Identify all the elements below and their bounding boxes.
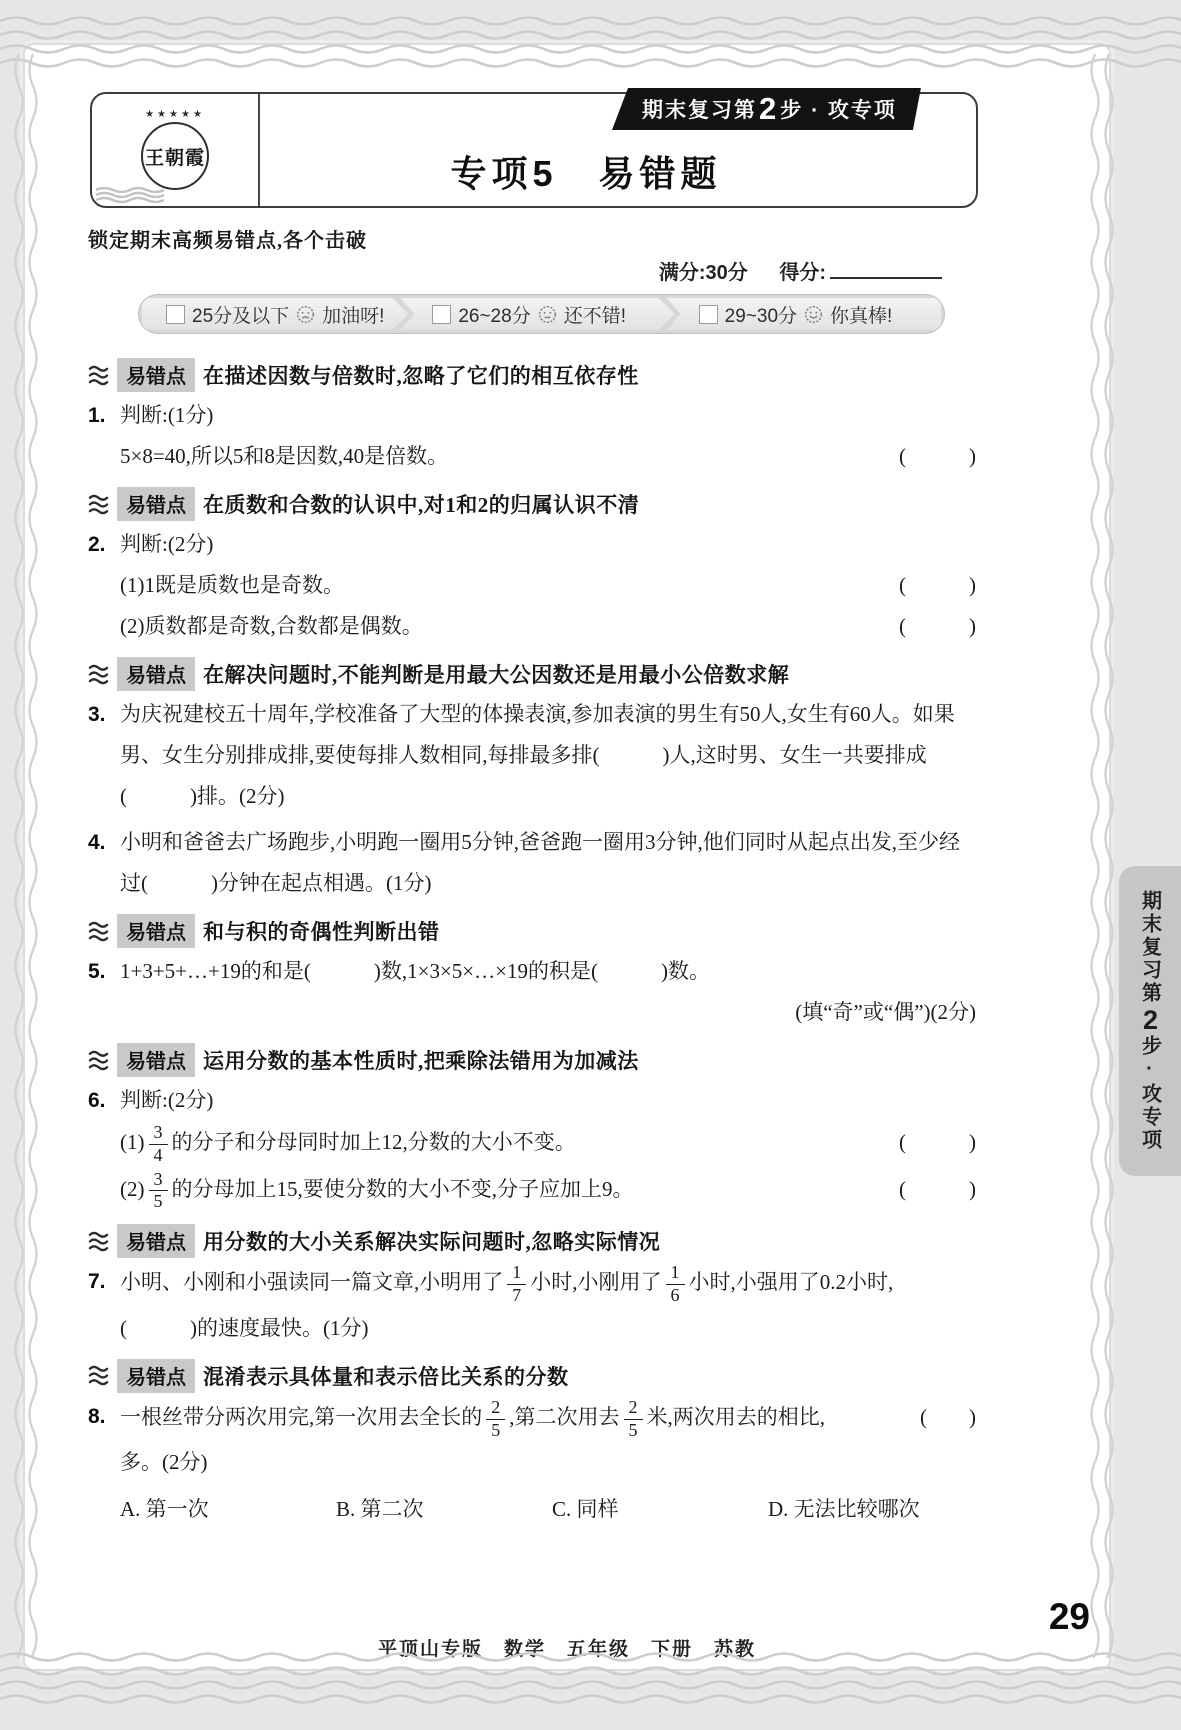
- question: 1.判断:(1分)5×8=40,所以5和8是因数,40是倍数。( ): [88, 395, 976, 477]
- question-line: ( )的速度最快。(1分): [120, 1308, 976, 1349]
- waves-icon: [88, 920, 109, 943]
- answer-blank[interactable]: ( ): [899, 1122, 976, 1163]
- text-run: (1): [120, 1130, 145, 1154]
- fraction-denominator: 7: [507, 1285, 526, 1306]
- answer-blank[interactable]: ( ): [899, 436, 976, 477]
- question: 5.1+3+5+…+19的和是( )数,1×3×5×…×19的积是( )数。(填…: [88, 951, 976, 1033]
- question-text: 多。(2分): [120, 1450, 208, 1474]
- question-text: ( )的速度最快。(1分): [120, 1316, 368, 1340]
- question-text: 为庆祝建校五十周年,学校准备了大型的体操表演,参加表演的男生有50人,女生有60…: [120, 702, 955, 808]
- fraction: 35: [149, 1170, 168, 1213]
- score-checkbox[interactable]: [432, 305, 451, 324]
- question-text: (1)1既是质数也是奇数。: [120, 565, 887, 606]
- score-comment: 加油呀!: [322, 301, 384, 328]
- error-point-row: 易错点混淆表示具体量和表示倍比关系的分数: [88, 1359, 976, 1393]
- text-run: 米,两次用去的相比,: [647, 1405, 826, 1429]
- error-point-desc: 运用分数的基本性质时,把乘除法错用为加减法: [203, 1045, 639, 1075]
- error-point-badge: 易错点: [117, 1043, 195, 1077]
- answer-blank[interactable]: ( ): [899, 1169, 976, 1210]
- answer-blank[interactable]: ( ): [899, 606, 976, 647]
- question-number: 3.: [88, 694, 120, 817]
- error-point-desc: 用分数的大小关系解决实际问题时,忽略实际情况: [203, 1226, 660, 1256]
- banner-suffix: 步 · 攻专项: [780, 94, 897, 124]
- question-line: 一根丝带分两次用完,第一次用去全长的25,第二次用去25米,两次用去的相比,( …: [120, 1396, 976, 1443]
- question-line: (2)35的分母加上15,要使分数的大小不变,分子应加上9。( ): [120, 1168, 976, 1215]
- question-line: (1)1既是质数也是奇数。( ): [120, 565, 976, 606]
- text-run: ( )的速度最快。(1分): [120, 1316, 368, 1340]
- question: 7.小明、小刚和小强读同一篇文章,小明用了17小时,小刚用了16小时,小强用了0…: [88, 1261, 976, 1349]
- text-run: 小时,小刚用了: [530, 1270, 661, 1294]
- text-run: 5×8=40,所以5和8是因数,40是倍数。: [120, 444, 448, 468]
- error-point-row: 易错点和与积的奇偶性判断出错: [88, 914, 976, 948]
- question-number: 6.: [88, 1080, 120, 1214]
- fraction: 34: [149, 1123, 168, 1166]
- error-point-desc: 在质数和合数的认识中,对1和2的归属认识不清: [203, 489, 639, 519]
- error-point-desc: 和与积的奇偶性判断出错: [203, 916, 440, 946]
- waves-icon: [88, 663, 109, 686]
- logo-name: 王朝霞: [145, 143, 205, 170]
- full-score-label: 满分:30分: [659, 262, 748, 284]
- header-box: ★★★★★ 王朝霞 期末复习第2步 · 攻专项 专项5 易错题: [90, 92, 978, 208]
- question-text: (1)34的分子和分母同时加上12,分数的大小不变。: [120, 1121, 887, 1168]
- step-banner: 期末复习第2步 · 攻专项: [612, 88, 921, 130]
- option-b[interactable]: B. 第二次: [336, 1489, 552, 1530]
- fraction-numerator: 3: [149, 1123, 168, 1145]
- page-title: 专项5 易错题: [260, 146, 976, 197]
- option-d[interactable]: D. 无法比较哪次: [768, 1489, 920, 1530]
- side-tab-prefix: 期末复习第: [1136, 890, 1165, 1005]
- score-checkbox[interactable]: [699, 305, 718, 324]
- fraction: 16: [666, 1263, 685, 1306]
- question-number: 2.: [88, 524, 120, 647]
- fraction-numerator: 3: [149, 1170, 168, 1192]
- text-run: 为庆祝建校五十周年,学校准备了大型的体操表演,参加表演的男生有50人,女生有60…: [120, 702, 955, 808]
- score-comment: 你真棒!: [830, 301, 892, 328]
- error-point-desc: 在描述因数与倍数时,忽略了它们的相互依存性: [203, 360, 639, 390]
- fraction-numerator: 2: [486, 1398, 505, 1420]
- question-text: 1+3+5+…+19的和是( )数,1×3×5×…×19的积是( )数。: [120, 959, 710, 983]
- text-run: ,第二次用去: [509, 1405, 619, 1429]
- question-line: (填“奇”或“偶”)(2分): [120, 992, 976, 1033]
- question-text: (填“奇”或“偶”)(2分): [795, 1000, 976, 1024]
- question-text: (2)35的分母加上15,要使分数的大小不变,分子应加上9。: [120, 1168, 887, 1215]
- text-run: 判断:(2分): [120, 532, 213, 556]
- question-body: 1+3+5+…+19的和是( )数,1×3×5×…×19的积是( )数。(填“奇…: [120, 951, 976, 1033]
- waves-icon: [88, 1364, 109, 1387]
- question: 8.一根丝带分两次用完,第一次用去全长的25,第二次用去25米,两次用去的相比,…: [88, 1396, 976, 1531]
- side-tab-suffix: 步·攻专项: [1136, 1035, 1165, 1152]
- waves-icon: [88, 364, 109, 387]
- question-body: 为庆祝建校五十周年,学校准备了大型的体操表演,参加表演的男生有50人,女生有60…: [120, 694, 976, 817]
- logo-waves-icon: [94, 187, 164, 203]
- error-point-badge: 易错点: [117, 358, 195, 392]
- question-number: 8.: [88, 1396, 120, 1531]
- score-label: 得分:: [779, 262, 826, 284]
- text-run: 小明、小刚和小强读同一篇文章,小明用了: [120, 1270, 503, 1294]
- fraction-denominator: 6: [666, 1285, 685, 1306]
- question-line: 多。(2分): [120, 1442, 976, 1483]
- waves-icon: [88, 1230, 109, 1253]
- error-point-row: 易错点用分数的大小关系解决实际问题时,忽略实际情况: [88, 1224, 976, 1258]
- question-line: 判断:(2分): [120, 1080, 976, 1121]
- question-text: 5×8=40,所以5和8是因数,40是倍数。: [120, 436, 887, 477]
- fraction-denominator: 5: [149, 1191, 168, 1212]
- question-line: (1)34的分子和分母同时加上12,分数的大小不变。( ): [120, 1121, 976, 1168]
- question-text: 一根丝带分两次用完,第一次用去全长的25,第二次用去25米,两次用去的相比,: [120, 1396, 908, 1443]
- question-line: 判断:(1分): [120, 395, 976, 436]
- text-run: 一根丝带分两次用完,第一次用去全长的: [120, 1405, 482, 1429]
- question: 3.为庆祝建校五十周年,学校准备了大型的体操表演,参加表演的男生有50人,女生有…: [88, 694, 976, 817]
- error-point-badge: 易错点: [117, 1224, 195, 1258]
- text-run: 判断:(2分): [120, 1088, 213, 1112]
- text-run: 小时,小强用了0.2小时,: [689, 1270, 894, 1294]
- waves-icon: [88, 493, 109, 516]
- fraction-denominator: 5: [486, 1420, 505, 1441]
- question-number: 7.: [88, 1261, 120, 1349]
- smiley-face-icon: [804, 305, 823, 324]
- question-number: 4.: [88, 822, 120, 904]
- options-row: A. 第一次B. 第二次C. 同样D. 无法比较哪次: [120, 1489, 976, 1530]
- fraction-denominator: 5: [624, 1420, 643, 1441]
- soso-face-icon: [538, 305, 557, 324]
- question-text: 判断:(1分): [120, 403, 213, 427]
- question-body: 判断:(2分)(1)1既是质数也是奇数。( )(2)质数都是奇数,合数都是偶数。…: [120, 524, 976, 647]
- text-run: (1)1既是质数也是奇数。: [120, 573, 344, 597]
- question: 6.判断:(2分)(1)34的分子和分母同时加上12,分数的大小不变。( )(2…: [88, 1080, 976, 1214]
- score-range: 26~28分: [458, 301, 530, 328]
- question-body: 判断:(1分)5×8=40,所以5和8是因数,40是倍数。( ): [120, 395, 976, 477]
- question-text: 小明和爸爸去广场跑步,小明跑一圈用5分钟,爸爸跑一圈用3分钟,他们同时从起点出发…: [120, 830, 960, 895]
- text-run: (2): [120, 1177, 145, 1201]
- text-run: 小明和爸爸去广场跑步,小明跑一圈用5分钟,爸爸跑一圈用3分钟,他们同时从起点出发…: [120, 830, 960, 895]
- question-text: 判断:(2分): [120, 532, 213, 556]
- fraction-numerator: 2: [624, 1398, 643, 1420]
- score-range: 25分及以下: [192, 301, 289, 328]
- question-line: 5×8=40,所以5和8是因数,40是倍数。( ): [120, 436, 976, 477]
- question-body: 判断:(2分)(1)34的分子和分母同时加上12,分数的大小不变。( )(2)3…: [120, 1080, 976, 1214]
- text-run: 判断:(1分): [120, 403, 213, 427]
- fraction: 17: [507, 1263, 526, 1306]
- text-run: 1+3+5+…+19的和是( )数,1×3×5×…×19的积是( )数。: [120, 959, 710, 983]
- question-line: 小明、小刚和小强读同一篇文章,小明用了17小时,小刚用了16小时,小强用了0.2…: [120, 1261, 976, 1308]
- answer-blank[interactable]: ( ): [899, 565, 976, 606]
- fraction: 25: [486, 1398, 505, 1441]
- logo-circle: 王朝霞: [141, 122, 209, 190]
- worksheet-page: ★★★★★ 王朝霞 期末复习第2步 · 攻专项 专项5 易错题 锁定期末高频易错…: [28, 48, 1106, 1666]
- subtitle: 锁定期末高频易错点,各个击破: [88, 224, 367, 253]
- error-point-row: 易错点在解决问题时,不能判断是用最大公因数还是用最小公倍数求解: [88, 657, 976, 691]
- score-band-high: 29~30分 你真棒!: [667, 298, 941, 330]
- option-c[interactable]: C. 同样: [552, 1489, 768, 1530]
- score-range: 29~30分: [725, 301, 797, 328]
- error-point-badge: 易错点: [117, 487, 195, 521]
- question-number: 1.: [88, 395, 120, 477]
- error-point-row: 易错点运用分数的基本性质时,把乘除法错用为加减法: [88, 1043, 976, 1077]
- error-point-desc: 混淆表示具体量和表示倍比关系的分数: [203, 1361, 569, 1391]
- score-bands-bar: 25分及以下 加油呀! 26~28分 还不错! 29~30分: [138, 294, 945, 334]
- error-point-badge: 易错点: [117, 1359, 195, 1393]
- fraction-numerator: 1: [666, 1263, 685, 1285]
- error-point-desc: 在解决问题时,不能判断是用最大公因数还是用最小公倍数求解: [203, 659, 789, 689]
- page-number: 29: [1049, 1596, 1090, 1638]
- question: 4.小明和爸爸去广场跑步,小明跑一圈用5分钟,爸爸跑一圈用3分钟,他们同时从起点…: [88, 822, 976, 904]
- side-tab-step2[interactable]: 期末复习第2步·攻专项: [1119, 866, 1181, 1176]
- question-text: (2)质数都是奇数,合数都是偶数。: [120, 606, 887, 647]
- error-point-row: 易错点在描述因数与倍数时,忽略了它们的相互依存性: [88, 358, 976, 392]
- score-line: 满分:30分 得分:: [659, 256, 942, 285]
- fraction: 25: [624, 1398, 643, 1441]
- header-main: 期末复习第2步 · 攻专项 专项5 易错题: [260, 94, 976, 206]
- score-band-mid: 26~28分 还不错!: [400, 298, 674, 330]
- question-text: 判断:(2分): [120, 1088, 213, 1112]
- text-run: (填“奇”或“偶”)(2分): [795, 1000, 976, 1024]
- question-line: 1+3+5+…+19的和是( )数,1×3×5×…×19的积是( )数。: [120, 951, 976, 992]
- score-blank[interactable]: [830, 261, 942, 279]
- score-band-low: 25分及以下 加油呀!: [142, 298, 408, 330]
- questions-area: 易错点在描述因数与倍数时,忽略了它们的相互依存性1.判断:(1分)5×8=40,…: [88, 348, 976, 1535]
- error-point-badge: 易错点: [117, 657, 195, 691]
- text-run: 的分母加上15,要使分数的大小不变,分子应加上9。: [172, 1177, 634, 1201]
- error-point-row: 易错点在质数和合数的认识中,对1和2的归属认识不清: [88, 487, 976, 521]
- question-body: 小明、小刚和小强读同一篇文章,小明用了17小时,小刚用了16小时,小强用了0.2…: [120, 1261, 976, 1349]
- question: 2.判断:(2分)(1)1既是质数也是奇数。( )(2)质数都是奇数,合数都是偶…: [88, 524, 976, 647]
- text-run: 的分子和分母同时加上12,分数的大小不变。: [172, 1130, 576, 1154]
- brand-logo: ★★★★★ 王朝霞: [92, 94, 260, 206]
- question-body: 小明和爸爸去广场跑步,小明跑一圈用5分钟,爸爸跑一圈用3分钟,他们同时从起点出发…: [120, 822, 976, 904]
- side-tab-step-number: 2: [1135, 1005, 1166, 1035]
- option-a[interactable]: A. 第一次: [120, 1489, 336, 1530]
- logo-stars-icon: ★★★★★: [145, 110, 205, 120]
- question-line: 为庆祝建校五十周年,学校准备了大型的体操表演,参加表演的男生有50人,女生有60…: [120, 694, 976, 817]
- text-run: (2)质数都是奇数,合数都是偶数。: [120, 614, 423, 638]
- answer-blank[interactable]: ( ): [920, 1397, 976, 1438]
- text-run: 多。(2分): [120, 1450, 208, 1474]
- footer-info: 平顶山专版 数学 五年级 下册 苏教: [28, 1634, 1106, 1661]
- question-number: 5.: [88, 951, 120, 1033]
- crying-face-icon: [296, 305, 315, 324]
- waves-icon: [88, 1049, 109, 1072]
- fraction-denominator: 4: [149, 1145, 168, 1166]
- error-point-badge: 易错点: [117, 914, 195, 948]
- question-line: 判断:(2分): [120, 524, 976, 565]
- question-body: 一根丝带分两次用完,第一次用去全长的25,第二次用去25米,两次用去的相比,( …: [120, 1396, 976, 1531]
- score-checkbox[interactable]: [166, 305, 185, 324]
- banner-step-number: 2: [759, 91, 778, 127]
- question-line: 小明和爸爸去广场跑步,小明跑一圈用5分钟,爸爸跑一圈用3分钟,他们同时从起点出发…: [120, 822, 976, 904]
- banner-prefix: 期末复习第: [642, 94, 757, 124]
- score-comment: 还不错!: [564, 301, 626, 328]
- fraction-numerator: 1: [507, 1263, 526, 1285]
- question-line: (2)质数都是奇数,合数都是偶数。( ): [120, 606, 976, 647]
- question-text: 小明、小刚和小强读同一篇文章,小明用了17小时,小刚用了16小时,小强用了0.2…: [120, 1270, 893, 1294]
